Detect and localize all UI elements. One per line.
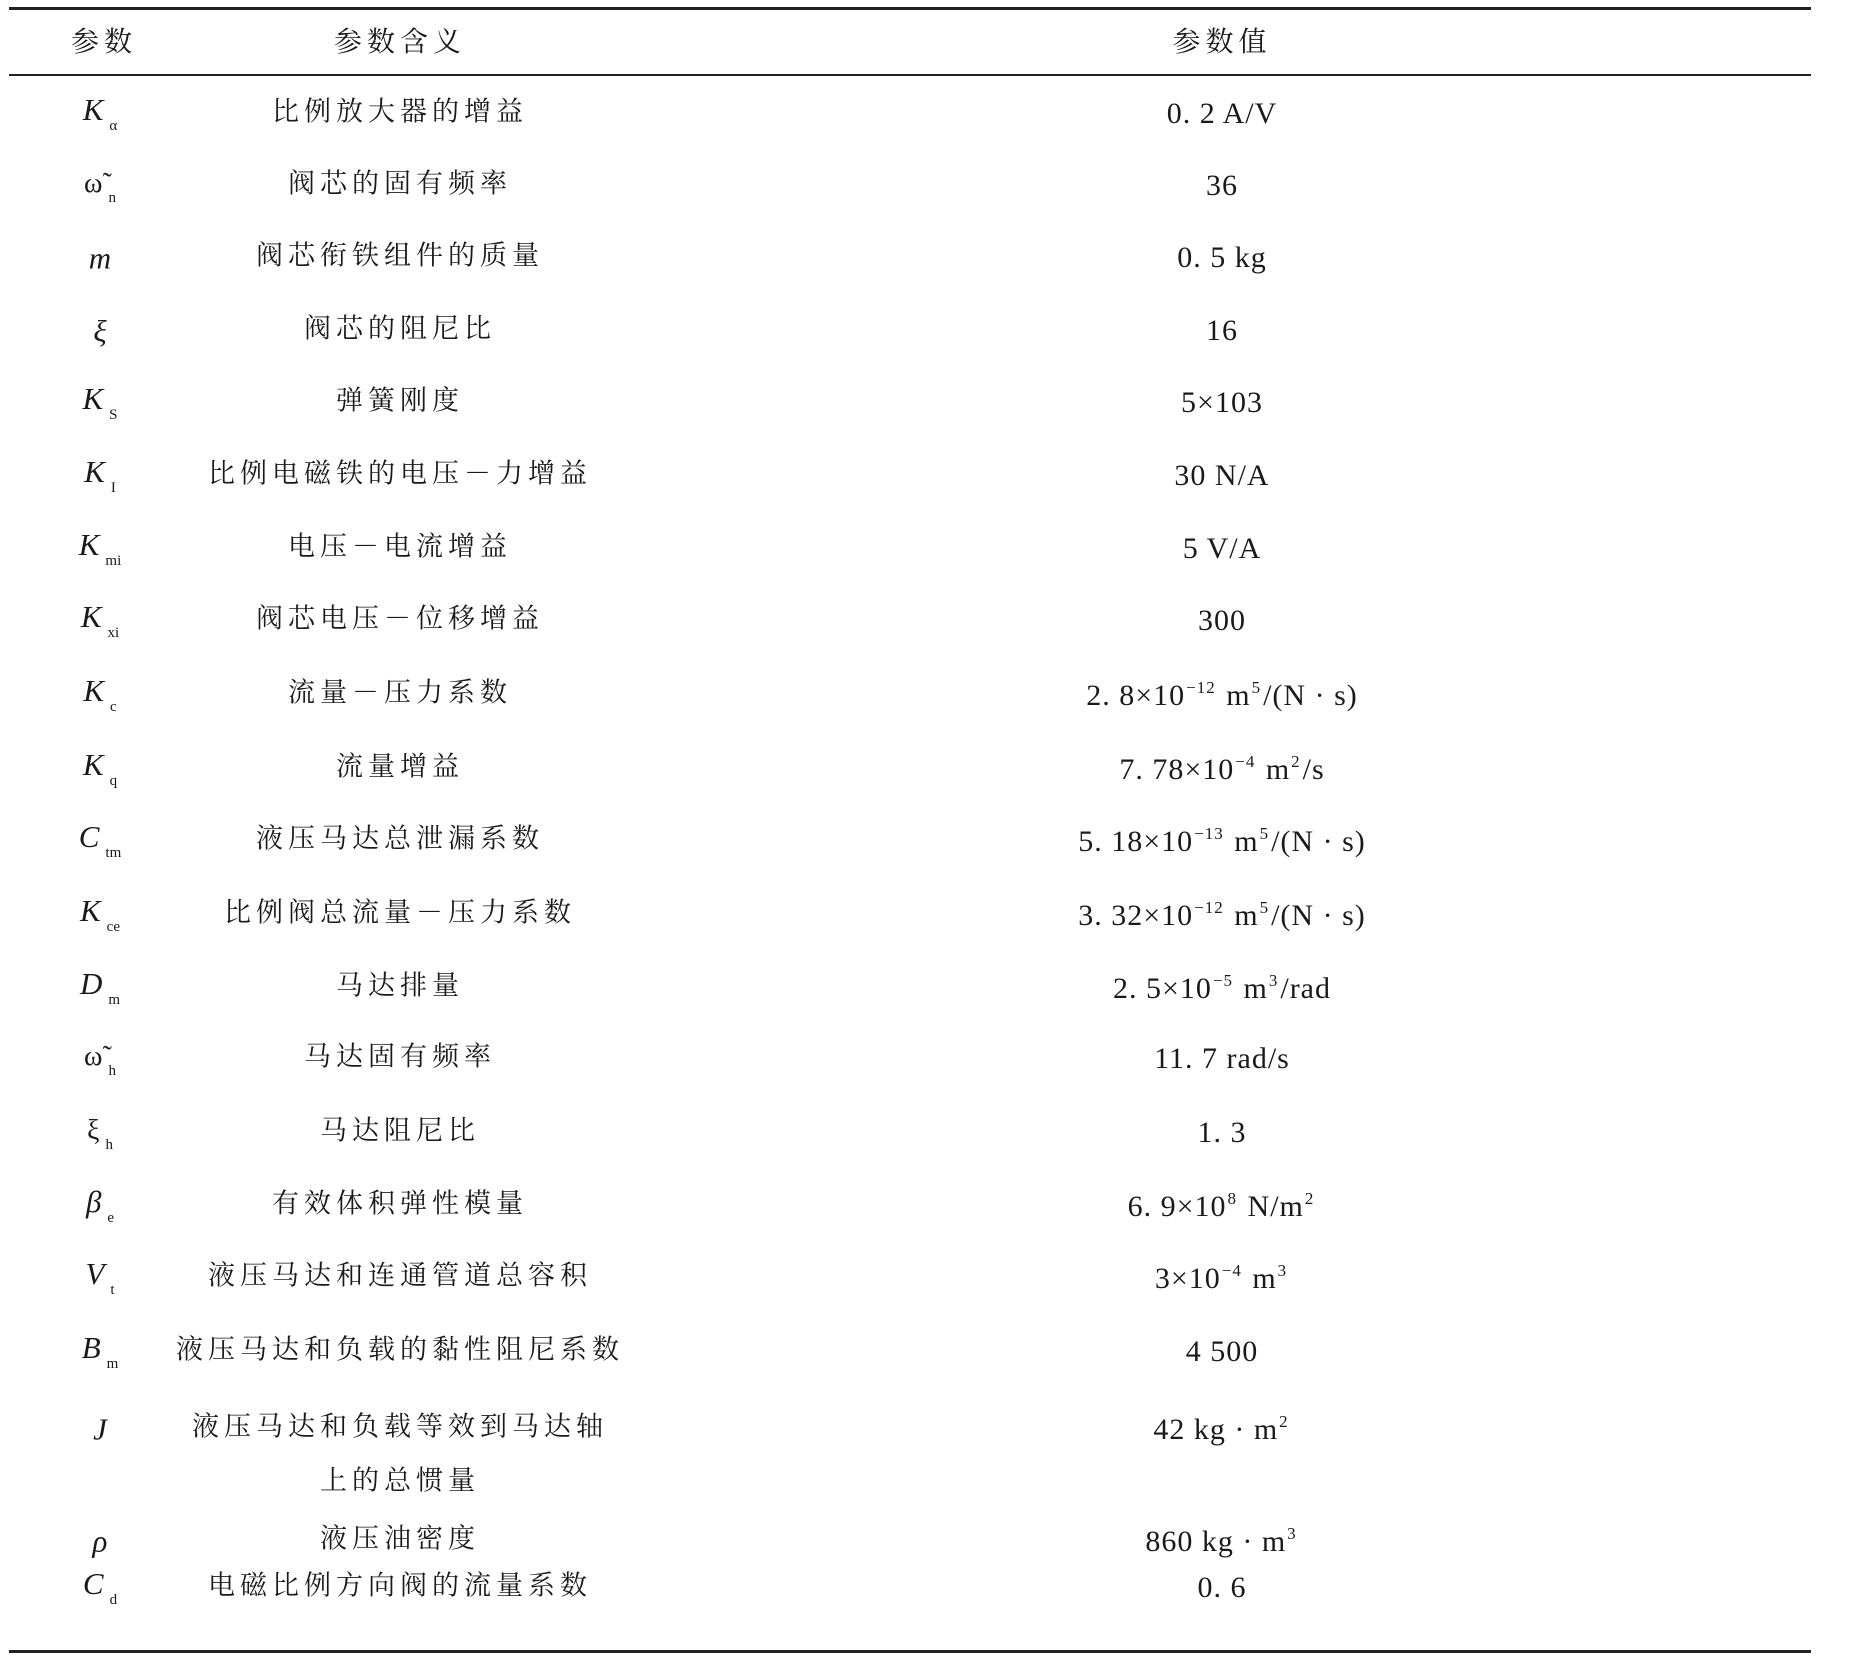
symbol-base: β (86, 1184, 101, 1219)
value-text: m (1226, 899, 1259, 932)
symbol-base: ω̃ (84, 1041, 102, 1072)
symbol-subscript: m (108, 992, 120, 1008)
value-text: 0. 6 (1198, 1571, 1247, 1604)
table-header-rule (9, 74, 1811, 76)
value-text: N/m (1239, 1190, 1304, 1223)
value-text: m (1235, 972, 1268, 1005)
value-text: 5×103 (1181, 386, 1263, 419)
symbol-base: D (80, 966, 102, 1001)
symbol-subscript: e (107, 1210, 114, 1226)
parameter-symbol: ξ (93, 316, 106, 347)
value-superscript: 5 (1252, 678, 1262, 697)
parameter-value: 2. 8×10−12 m5/(N · s) (1086, 679, 1358, 711)
symbol-base: C (83, 1566, 104, 1601)
value-text: 5 V/A (1183, 532, 1262, 565)
symbol-base: B (82, 1330, 101, 1365)
symbol-subscript: q (110, 773, 118, 789)
symbol-base: m (89, 241, 111, 276)
parameter-symbol: Kc (83, 675, 116, 715)
parameter-value: 2. 5×10−5 m3/rad (1113, 972, 1331, 1004)
parameter-value: 5×103 (1181, 388, 1263, 418)
parameter-symbol: ξh (87, 1113, 113, 1153)
symbol-subscript: xi (108, 625, 120, 641)
symbol-subscript: h (105, 1137, 113, 1153)
parameter-meaning: 阀芯衔铁组件的质量 (256, 243, 544, 270)
value-text: 0. 2 A/V (1167, 97, 1278, 130)
value-text: 1. 3 (1198, 1116, 1247, 1149)
value-text: 3×10 (1155, 1262, 1221, 1295)
value-text: 7. 78×10 (1119, 753, 1234, 786)
value-superscript: 3 (1287, 1524, 1297, 1543)
symbol-subscript: c (110, 699, 117, 715)
parameter-meaning: 电压－电流增益 (288, 534, 512, 561)
parameter-value: 4 500 (1186, 1337, 1259, 1367)
parameter-symbol: Kq (83, 749, 117, 789)
value-text: /(N · s) (1263, 679, 1358, 712)
parameter-meaning: 电磁比例方向阀的流量系数 (208, 1573, 592, 1600)
parameter-meaning: 阀芯的阻尼比 (304, 316, 496, 343)
parameter-symbol: ω̃n (84, 166, 116, 206)
parameter-meaning: 弹簧刚度 (336, 388, 464, 415)
symbol-subscript: mi (105, 553, 121, 569)
symbol-subscript: S (109, 407, 117, 423)
parameter-meaning-continued: 上的总惯量 (320, 1468, 480, 1495)
value-text: 6. 9×10 (1128, 1190, 1227, 1223)
parameter-symbol: Cd (83, 1568, 117, 1608)
parameter-meaning: 流量增益 (336, 754, 464, 781)
value-superscript: 5 (1260, 898, 1270, 917)
symbol-base: ρ (93, 1524, 108, 1559)
value-text: 0. 5 kg (1177, 241, 1267, 274)
parameter-value: 1. 3 (1198, 1118, 1247, 1148)
parameter-symbol: Kα (83, 94, 118, 134)
parameter-symbol: Kce (80, 895, 120, 935)
parameter-symbol: J (93, 1414, 107, 1445)
parameter-meaning: 液压马达和负载的黏性阻尼系数 (176, 1337, 624, 1364)
value-superscript: −5 (1213, 971, 1233, 990)
value-superscript: 3 (1269, 971, 1279, 990)
parameter-meaning: 阀芯的固有频率 (288, 171, 512, 198)
parameter-value: 0. 2 A/V (1167, 99, 1278, 129)
symbol-base: ω̃ (84, 168, 102, 199)
parameter-meaning: 有效体积弹性模量 (272, 1191, 528, 1218)
parameter-value: 6. 9×108 N/m2 (1128, 1190, 1317, 1222)
value-superscript: −4 (1222, 1261, 1242, 1280)
value-text: 36 (1206, 169, 1238, 202)
parameter-value: 42 kg · m2 (1153, 1413, 1290, 1445)
value-superscript: 3 (1278, 1261, 1288, 1280)
parameter-value: 5 V/A (1183, 534, 1262, 564)
parameter-symbol: Vt (85, 1258, 114, 1298)
parameter-meaning: 液压马达和负载等效到马达轴 (192, 1414, 608, 1441)
parameter-meaning: 比例放大器的增益 (272, 99, 528, 126)
parameter-meaning: 流量－压力系数 (288, 680, 512, 707)
symbol-subscript: ce (107, 919, 120, 935)
parameter-meaning: 阀芯电压－位移增益 (256, 606, 544, 633)
symbol-subscript: m (107, 1356, 119, 1372)
symbol-subscript: t (110, 1282, 114, 1298)
value-text: m (1257, 753, 1290, 786)
header-value: 参数值 (1172, 28, 1271, 56)
parameter-value: 7. 78×10−4 m2/s (1119, 753, 1324, 785)
value-text: 2. 8×10 (1086, 679, 1185, 712)
parameter-meaning: 液压油密度 (320, 1526, 480, 1553)
parameter-value: 36 (1206, 171, 1238, 201)
value-superscript: 2 (1291, 752, 1301, 771)
parameter-symbol: Bm (82, 1332, 119, 1372)
value-text: m (1226, 825, 1259, 858)
parameter-value: 0. 5 kg (1177, 243, 1267, 273)
symbol-base: K (83, 747, 104, 782)
parameter-symbol: ρ (93, 1526, 108, 1557)
parameter-value: 5. 18×10−13 m5/(N · s) (1078, 825, 1366, 857)
symbol-base: J (93, 1412, 107, 1447)
value-text: 3. 32×10 (1078, 899, 1193, 932)
header-meaning: 参数含义 (334, 28, 466, 56)
parameter-value: 16 (1206, 316, 1238, 346)
parameter-symbol: Dm (80, 968, 120, 1008)
parameter-value: 0. 6 (1198, 1573, 1247, 1603)
table-top-rule (9, 7, 1811, 10)
parameter-symbol: βe (86, 1186, 114, 1226)
symbol-base: K (83, 673, 104, 708)
value-text: 30 N/A (1174, 459, 1269, 492)
value-superscript: 8 (1228, 1189, 1238, 1208)
value-superscript: 5 (1260, 824, 1270, 843)
parameter-value: 3×10−4 m3 (1155, 1262, 1289, 1294)
parameter-meaning: 马达阻尼比 (320, 1118, 480, 1145)
parameter-value: 3. 32×10−12 m5/(N · s) (1078, 899, 1366, 931)
symbol-base: C (79, 819, 100, 854)
symbol-subscript: d (110, 1592, 118, 1608)
symbol-subscript: α (109, 118, 117, 134)
parameter-meaning: 液压马达和连通管道总容积 (208, 1263, 592, 1290)
symbol-base: K (79, 527, 100, 562)
value-text: /rad (1280, 972, 1331, 1005)
value-text: m (1218, 679, 1251, 712)
value-text: 16 (1206, 314, 1238, 347)
value-text: m (1244, 1262, 1277, 1295)
symbol-subscript: n (108, 190, 116, 206)
parameter-meaning: 比例阀总流量－压力系数 (224, 900, 576, 927)
value-text: 2. 5×10 (1113, 972, 1212, 1005)
parameter-symbol: ω̃h (84, 1039, 116, 1079)
symbol-base: K (81, 599, 102, 634)
parameter-meaning: 马达排量 (336, 973, 464, 1000)
value-text: 300 (1198, 604, 1246, 637)
parameter-value: 11. 7 rad/s (1154, 1044, 1290, 1074)
symbol-base: ξ (93, 314, 106, 349)
value-text: /(N · s) (1271, 825, 1366, 858)
parameter-symbol: KS (82, 383, 117, 423)
header-symbol: 参数 (71, 28, 137, 56)
parameter-symbol: m (89, 243, 111, 274)
parameter-value: 30 N/A (1174, 461, 1269, 491)
symbol-base: K (80, 893, 101, 928)
value-text: 4 500 (1186, 1335, 1259, 1368)
parameter-symbol: KI (84, 456, 116, 496)
parameter-meaning: 液压马达总泄漏系数 (256, 826, 544, 853)
value-superscript: 2 (1279, 1412, 1289, 1431)
parameter-symbol: Kmi (79, 529, 122, 569)
value-superscript: −12 (1194, 898, 1224, 917)
symbol-subscript: tm (105, 845, 121, 861)
parameter-meaning: 马达固有频率 (304, 1044, 496, 1071)
value-superscript: −4 (1235, 752, 1255, 771)
value-text: /s (1303, 753, 1325, 786)
value-text: 42 kg · m (1153, 1413, 1278, 1446)
symbol-base: V (85, 1256, 104, 1291)
parameter-value: 300 (1198, 606, 1246, 636)
value-text: /(N · s) (1271, 899, 1366, 932)
symbol-subscript: h (108, 1063, 116, 1079)
value-text: 860 kg · m (1145, 1525, 1286, 1558)
parameter-symbol: Kxi (81, 601, 119, 641)
symbol-base: K (83, 92, 104, 127)
symbol-subscript: I (111, 480, 116, 496)
value-superscript: −13 (1194, 824, 1224, 843)
symbol-base: K (84, 454, 105, 489)
table-bottom-rule (9, 1650, 1811, 1653)
symbol-base: ξ (87, 1115, 99, 1146)
parameter-value: 860 kg · m3 (1145, 1525, 1298, 1557)
value-text: 5. 18×10 (1078, 825, 1193, 858)
parameter-meaning: 比例电磁铁的电压－力增益 (208, 461, 592, 488)
value-superscript: 2 (1305, 1189, 1315, 1208)
parameter-symbol: Ctm (79, 821, 122, 861)
value-text: 11. 7 rad/s (1154, 1042, 1290, 1075)
symbol-base: K (82, 381, 103, 416)
value-superscript: −12 (1186, 678, 1216, 697)
